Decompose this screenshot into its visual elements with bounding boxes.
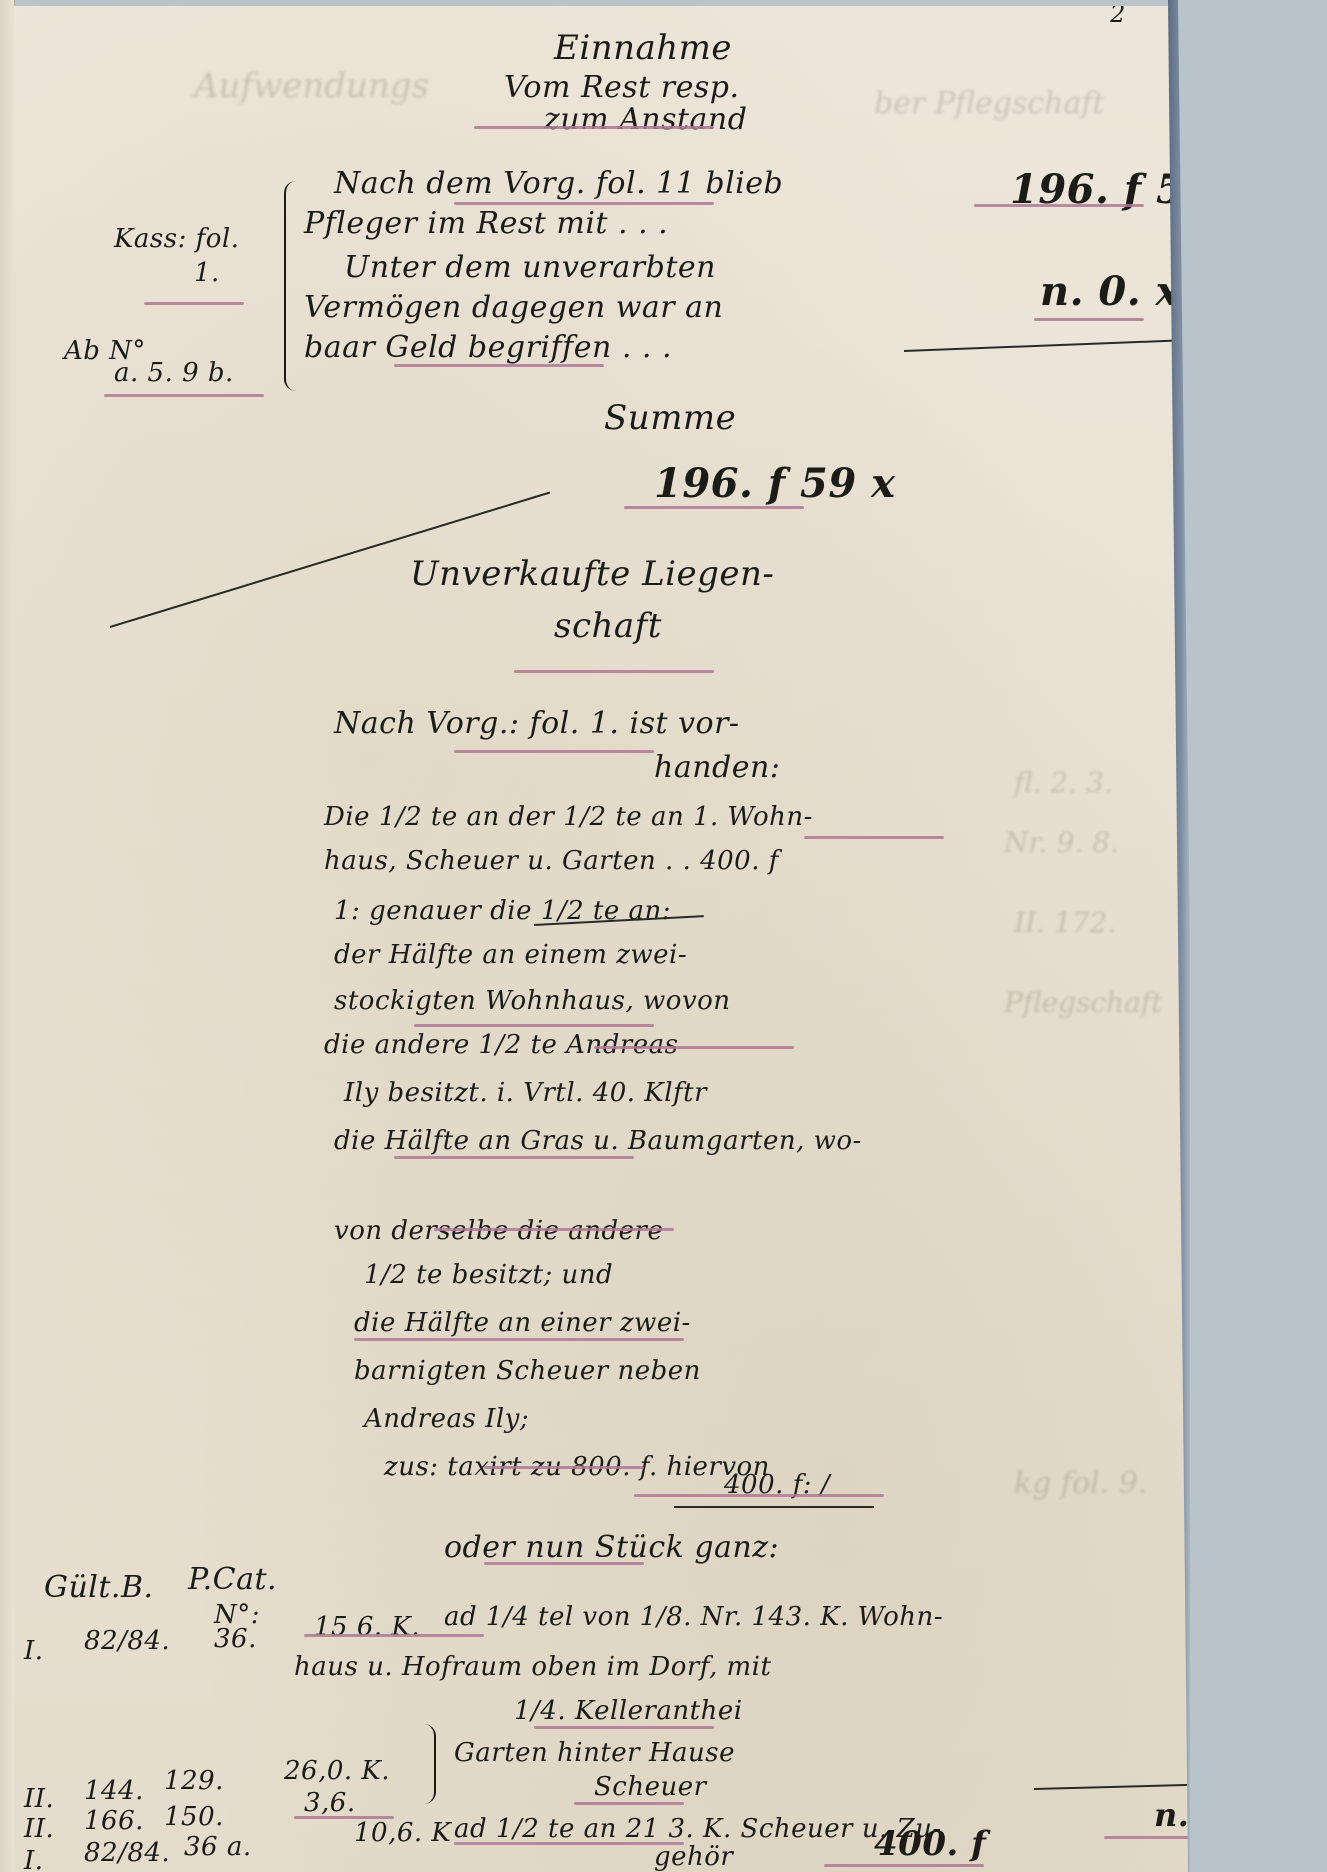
table-cell-desc: ad 1/2 te an 21 3. K. Scheuer u. Zu- <box>454 1814 942 1844</box>
total-rule <box>1034 1783 1234 1790</box>
bleed-through-text: Aufwendungs <box>194 66 429 106</box>
red-underline <box>454 750 654 753</box>
table-cell-book: I. <box>24 1636 44 1666</box>
red-underline <box>434 1228 674 1231</box>
entry-line: Unter dem unverarbten <box>344 250 716 285</box>
entry-line: baar Geld begriffen . . . <box>304 330 672 365</box>
red-underline <box>514 670 714 673</box>
table-cell-desc: ad 1/4 tel von 1/8. Nr. 143. K. Wohn- <box>444 1602 943 1632</box>
body-line: die Hälfte an Gras u. Baumgarten, wo- <box>334 1126 862 1156</box>
red-underline <box>534 1726 714 1729</box>
red-underline <box>304 1634 484 1637</box>
subheading-ganz: oder nun Stück ganz: <box>444 1530 779 1565</box>
bleed-through-text: II. 172. <box>1014 906 1116 939</box>
table-cell-area: 15 6. K. <box>314 1612 420 1642</box>
bleed-through-text: fl. 2. 3. <box>1014 766 1113 799</box>
body-line: handen: <box>654 750 780 785</box>
entry-line: Vermögen dagegen war an <box>304 290 723 325</box>
body-line: die Hälfte an einer zwei- <box>354 1308 691 1338</box>
heading-unverkaufte: Unverkaufte Liegen- <box>410 554 774 594</box>
table-cell-book: II. <box>24 1814 54 1844</box>
bleed-through-text: kg fol. 9. <box>1014 1466 1147 1501</box>
red-underline <box>454 202 714 205</box>
heading-schaft: schaft <box>554 606 662 646</box>
page-number: 2 <box>1110 0 1125 28</box>
amount-cash: n. 0. x <box>1040 268 1180 315</box>
table-cell-no: 36 a. <box>184 1832 252 1862</box>
red-underline <box>414 1024 654 1027</box>
curly-brace <box>284 181 296 391</box>
table-cell-page: 82/84. <box>84 1626 170 1656</box>
sum-label: Summe <box>604 398 736 438</box>
ledger-page: Aufwendungs ber Pflegschaft fl. 2. 3. Nr… <box>14 6 1190 1872</box>
table-cell-no: 150. <box>164 1802 224 1832</box>
table-cell-desc: Scheuer <box>594 1772 707 1802</box>
table-cell-area: 3,6. <box>304 1788 356 1818</box>
margin-note-fol-number: 1. <box>194 258 220 288</box>
body-line: der Hälfte an einem zwei- <box>334 940 687 970</box>
red-underline <box>104 394 264 397</box>
red-underline <box>354 1338 684 1341</box>
red-underline <box>1034 318 1144 321</box>
red-underline <box>394 364 604 367</box>
heading-einnahme: Einnahme <box>554 28 732 68</box>
table-total: 400. f <box>874 1824 986 1864</box>
entry-line: Nach dem Vorg. fol. 11 blieb <box>334 166 783 201</box>
table-cell-desc: gehör <box>654 1842 733 1872</box>
body-line: 1: genauer die 1/2 te an: <box>334 896 671 926</box>
bleed-through-text: ber Pflegschaft <box>874 86 1105 121</box>
right-amount: n. 0. x <box>1154 1796 1267 1834</box>
sum-value: 196. f 59 x <box>654 460 895 507</box>
bleed-through-text: Nr. 9. 8. <box>1004 826 1119 859</box>
red-underline <box>824 1864 984 1867</box>
red-underline <box>474 126 714 129</box>
table-header-pcat: P.Cat. <box>188 1562 277 1597</box>
margin-note-number: a. 5. 9 b. <box>114 358 234 388</box>
body-line: Nach Vorg.: fol. 1. ist vor- <box>334 706 740 741</box>
sum-rule <box>904 338 1204 352</box>
table-cell-page: 82/84. <box>84 1838 170 1868</box>
body-line: 1/2 te besitzt; und <box>364 1260 613 1290</box>
table-cell-book: I. <box>24 1846 44 1872</box>
red-underline <box>394 1156 634 1159</box>
red-underline <box>974 204 1144 207</box>
table-cell-book: II. <box>24 1784 54 1814</box>
body-line: haus, Scheuer u. Garten . . 400. f <box>324 846 779 876</box>
red-underline <box>634 1494 884 1497</box>
body-line: Die 1/2 te an der 1/2 te an 1. Wohn- <box>324 802 813 832</box>
table-cell-page: 144. <box>84 1776 144 1806</box>
curly-brace <box>424 1724 436 1804</box>
red-underline <box>594 1046 794 1049</box>
red-underline <box>484 1562 644 1565</box>
body-line: die andere 1/2 te Andreas <box>324 1030 679 1060</box>
red-underline <box>804 836 944 839</box>
red-underline <box>454 1842 684 1845</box>
table-header-gueltbuch: Gült.B. <box>44 1570 154 1605</box>
red-underline <box>144 302 244 305</box>
body-line: Ily besitzt. i. Vrtl. 40. Klftr <box>344 1078 707 1108</box>
red-underline <box>574 1802 684 1805</box>
table-cell-desc: haus u. Hofraum oben im Dorf, mit <box>294 1652 771 1682</box>
bleed-through-text: Pflegschaft <box>1004 986 1162 1019</box>
table-cell-desc: Garten hinter Hause <box>454 1738 735 1768</box>
table-cell-desc: 1/4. Kelleranthei <box>514 1696 743 1726</box>
table-cell-area: 10,6. K <box>354 1818 451 1848</box>
body-line: Andreas Ily; <box>364 1404 529 1434</box>
heading-zum-anstand: zum Anstand <box>544 102 747 137</box>
left-page-edge <box>0 0 15 1872</box>
underline <box>674 1506 874 1508</box>
margin-note-kass-fol: Kass: fol. <box>114 224 240 254</box>
table-cell-no: 129. <box>164 1766 224 1796</box>
heading-vom-rest: Vom Rest resp. <box>504 70 740 105</box>
body-line: barnigten Scheuer neben <box>354 1356 701 1386</box>
table-cell-page: 166. <box>84 1806 144 1836</box>
table-cell-area: 26,0. K. <box>284 1756 390 1786</box>
red-underline <box>624 506 804 509</box>
red-underline <box>484 1466 644 1469</box>
body-line: stockigten Wohnhaus, wovon <box>334 986 731 1016</box>
entry-line: Pfleger im Rest mit . . . <box>304 206 668 241</box>
table-cell-no: 36. <box>214 1624 257 1654</box>
body-line: von derselbe die andere <box>334 1216 663 1246</box>
